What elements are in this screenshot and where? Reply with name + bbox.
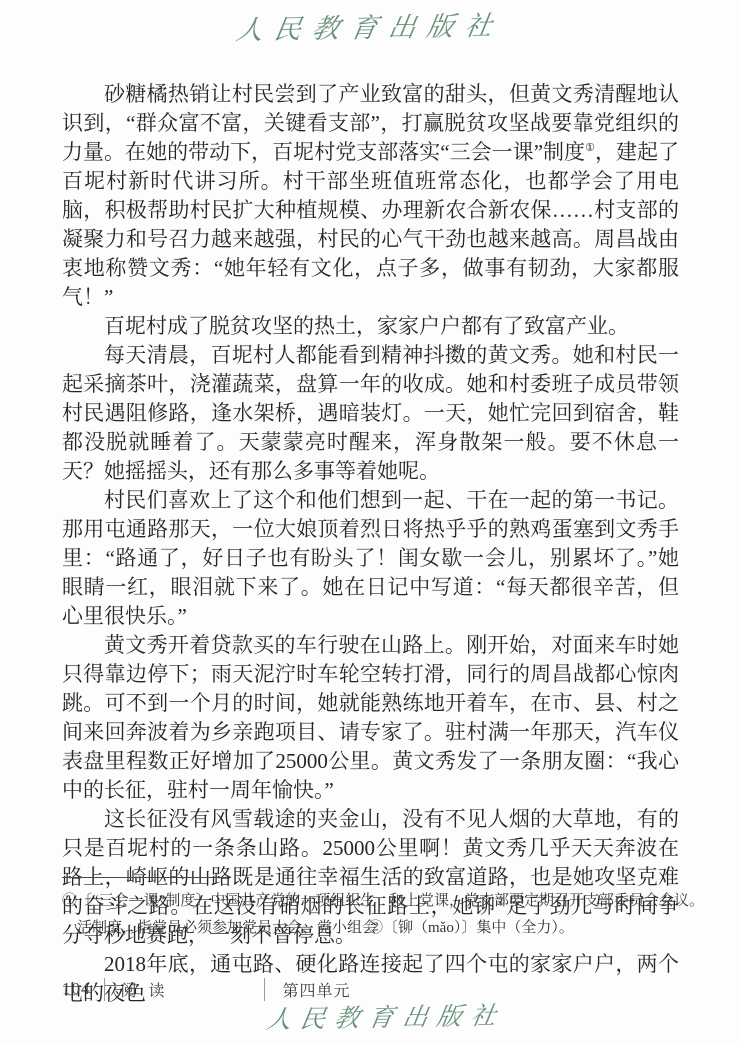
textbook-page: 人民教育出版社 砂糖橘热销让村民尝到了产业致富的甜头，但黄文秀清醒地认识到，“群… [0,0,739,1044]
footnotes: ①〔“三会一课”制度〕中国共产党的一项组织生活制度，指党员必须参加党员大会、党小… [62,888,682,942]
footnote-reference: ① [585,142,595,154]
body-paragraph: 百坭村成了脱贫攻坚的热土，家家户户都有了致富产业。 [62,312,679,341]
page-number: 104 [62,979,91,999]
body-paragraph: 村民们喜欢上了这个和他们想到一起、干在一起的第一书记。那用屯通路那天，一位大娘顶… [62,486,679,631]
publisher-logo: 人民教育出版社 [264,996,508,1036]
footer-logo-band: 人民教育出版社 [0,998,739,1034]
footnote-line: 和上党课，党支部要定期召开支部委员会会议。 [368,888,682,915]
body-paragraph: 砂糖橘热销让村民尝到了产业致富的甜头，但黄文秀清醒地认识到，“群众富不富，关键看… [62,80,679,312]
footnote-line: 活制度，指党员必须参加党员大会、党小组会 [62,915,352,942]
body-paragraph: 每天清晨，百坭村人都能看到精神抖擞的黄文秀。她和村民一起采摘茶叶，浇灌蔬菜，盘算… [62,341,679,486]
footnote-line: ①〔“三会一课”制度〕中国共产党的一项组织生 [62,888,352,915]
footnote-column-left: ①〔“三会一课”制度〕中国共产党的一项组织生活制度，指党员必须参加党员大会、党小… [62,888,352,942]
footnote-line: ②〔铆（mǎo）〕集中（全力）。 [368,915,682,942]
publisher-logo: 人民教育出版社 [233,4,506,48]
footnote-column-right: 和上党课，党支部要定期召开支部委员会会议。②〔铆（mǎo）〕集中（全力）。 [368,888,682,942]
footnote-separator [62,877,228,878]
body-paragraph: 黄文秀开着贷款买的车行驶在山路上。刚开始，对面来车时她只得靠边停下；雨天泥泞时车… [62,631,679,805]
header: 人民教育出版社 [0,6,739,45]
body-text: 砂糖橘热销让村民尝到了产业致富的甜头，但黄文秀清醒地认识到，“群众富不富，关键看… [62,80,679,1008]
